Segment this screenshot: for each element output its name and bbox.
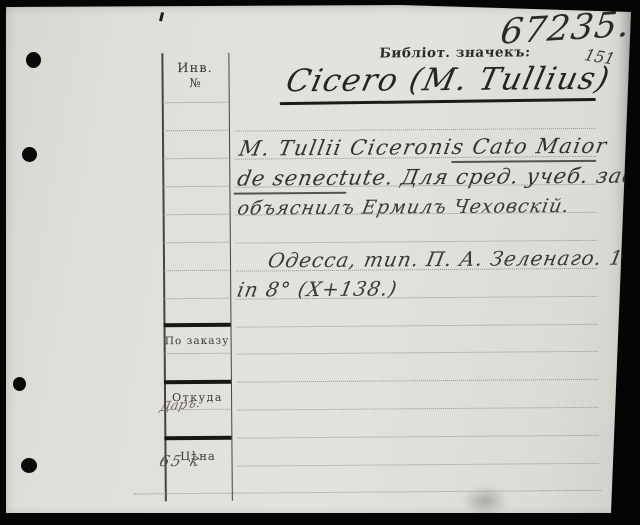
rule-line bbox=[235, 128, 596, 132]
rule-line bbox=[164, 270, 229, 272]
punch-hole bbox=[13, 377, 26, 391]
rule-line bbox=[163, 102, 228, 104]
rule-line bbox=[238, 463, 599, 467]
shelf-number: 67235. bbox=[498, 5, 632, 53]
section-divider bbox=[164, 380, 231, 384]
inventory-label: Инв. bbox=[162, 61, 227, 77]
rule-line bbox=[236, 240, 597, 244]
order-label: По заказу bbox=[164, 335, 231, 348]
rule-line bbox=[164, 214, 229, 216]
cato-maior-underline bbox=[451, 160, 596, 163]
heading-underline bbox=[280, 98, 596, 105]
rule-line bbox=[164, 242, 229, 244]
bottom-smudge bbox=[462, 486, 508, 516]
rule-line bbox=[237, 379, 598, 383]
punch-hole bbox=[21, 458, 37, 473]
rule-line bbox=[237, 324, 598, 328]
rule-line bbox=[237, 351, 598, 355]
scanned-catalog-card: Библіот. значекъ: 67235. 151 Cicero (M. … bbox=[0, 0, 640, 525]
card-content: Библіот. значекъ: 67235. 151 Cicero (M. … bbox=[0, 0, 640, 525]
column-right-rule bbox=[228, 53, 233, 501]
rule-line bbox=[163, 186, 228, 188]
column-left-rule bbox=[161, 53, 166, 501]
ruled-lines bbox=[0, 0, 638, 3]
rule-line bbox=[134, 490, 602, 495]
body-line: объяснилъ Ермилъ Чеховскій. bbox=[236, 195, 572, 220]
stray-pen-mark bbox=[159, 12, 164, 21]
rule-line bbox=[237, 435, 598, 439]
punch-hole bbox=[22, 147, 37, 162]
card-heading: Cicero (M. Tullius) bbox=[283, 61, 614, 100]
rule-line bbox=[165, 353, 230, 355]
rule-line bbox=[237, 407, 598, 411]
section-divider bbox=[163, 323, 230, 327]
section-divider bbox=[164, 436, 231, 440]
inventory-number-sign: № bbox=[163, 76, 228, 91]
de-senectute-underline bbox=[233, 192, 346, 194]
rule-line bbox=[164, 298, 229, 300]
catalog-card-paper: Библіот. значекъ: 67235. 151 Cicero (M. … bbox=[0, 0, 640, 525]
punch-hole bbox=[26, 52, 41, 68]
rule-line bbox=[163, 158, 228, 160]
rule-line bbox=[163, 130, 228, 132]
